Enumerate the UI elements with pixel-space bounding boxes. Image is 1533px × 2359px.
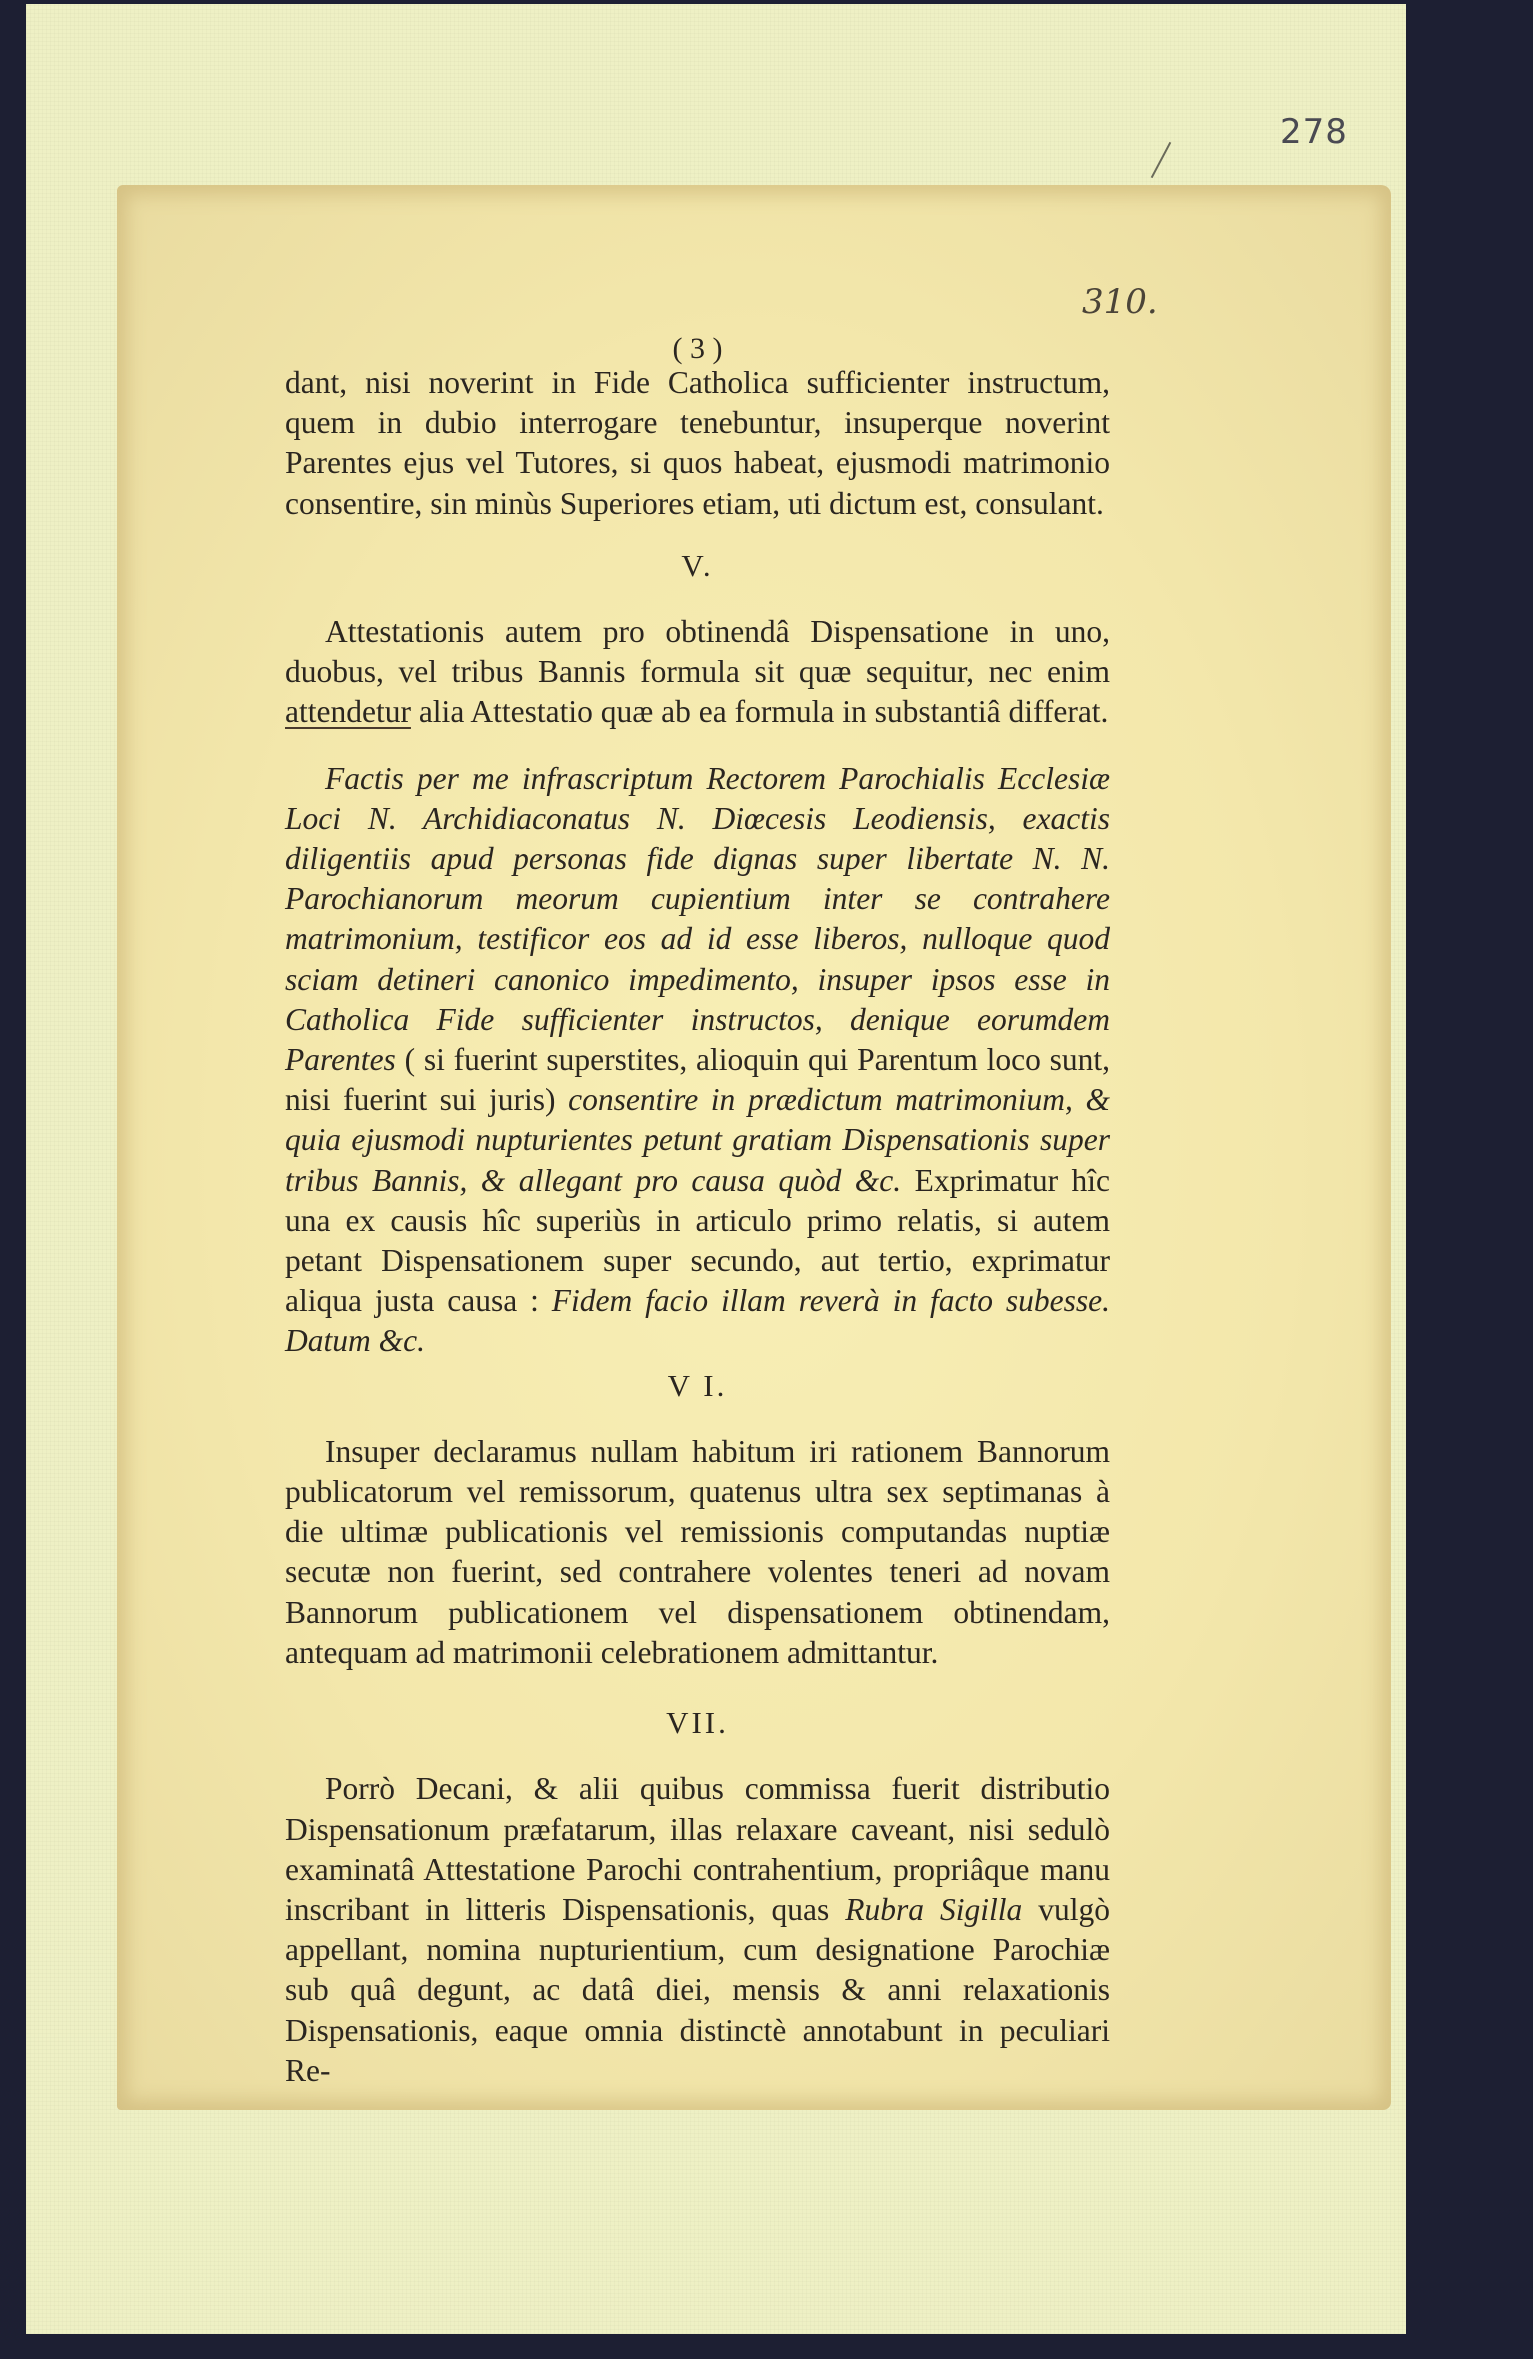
formula-italic: Factis per me infrascriptum Rectorem Par… [285, 761, 1110, 1077]
italic-phrase: Rubra Sigilla [845, 1892, 1022, 1927]
handwritten-page-number: 310. [1082, 282, 1158, 322]
section-heading-vi: V I. [285, 1366, 1110, 1406]
continuation-paragraph: dant, nisi noverint in Fide Catholica su… [285, 363, 1110, 524]
text-run: Attestationis autem pro obtinendâ Dispen… [285, 614, 1110, 689]
section-heading-vii: VII. [285, 1703, 1110, 1743]
text-run: alia Attestatio quæ ab ea formula in sub… [411, 694, 1108, 729]
document-text: ( 3 ) dant, nisi noverint in Fide Cathol… [285, 335, 1110, 2091]
section-vi-paragraph: Insuper declaramus nullam habitum iri ra… [285, 1432, 1110, 1673]
printed-page-number: ( 3 ) [285, 335, 1110, 363]
underlined-word: attendetur [285, 694, 411, 729]
folio-number: 278 [1280, 112, 1348, 152]
section-vii-paragraph: Porrò Decani, & alii quibus commissa fue… [285, 1769, 1110, 2091]
section-heading-v: V. [285, 546, 1110, 586]
attestation-formula: Factis per me infrascriptum Rectorem Par… [285, 759, 1110, 1362]
section-v-paragraph: Attestationis autem pro obtinendâ Dispen… [285, 612, 1110, 733]
